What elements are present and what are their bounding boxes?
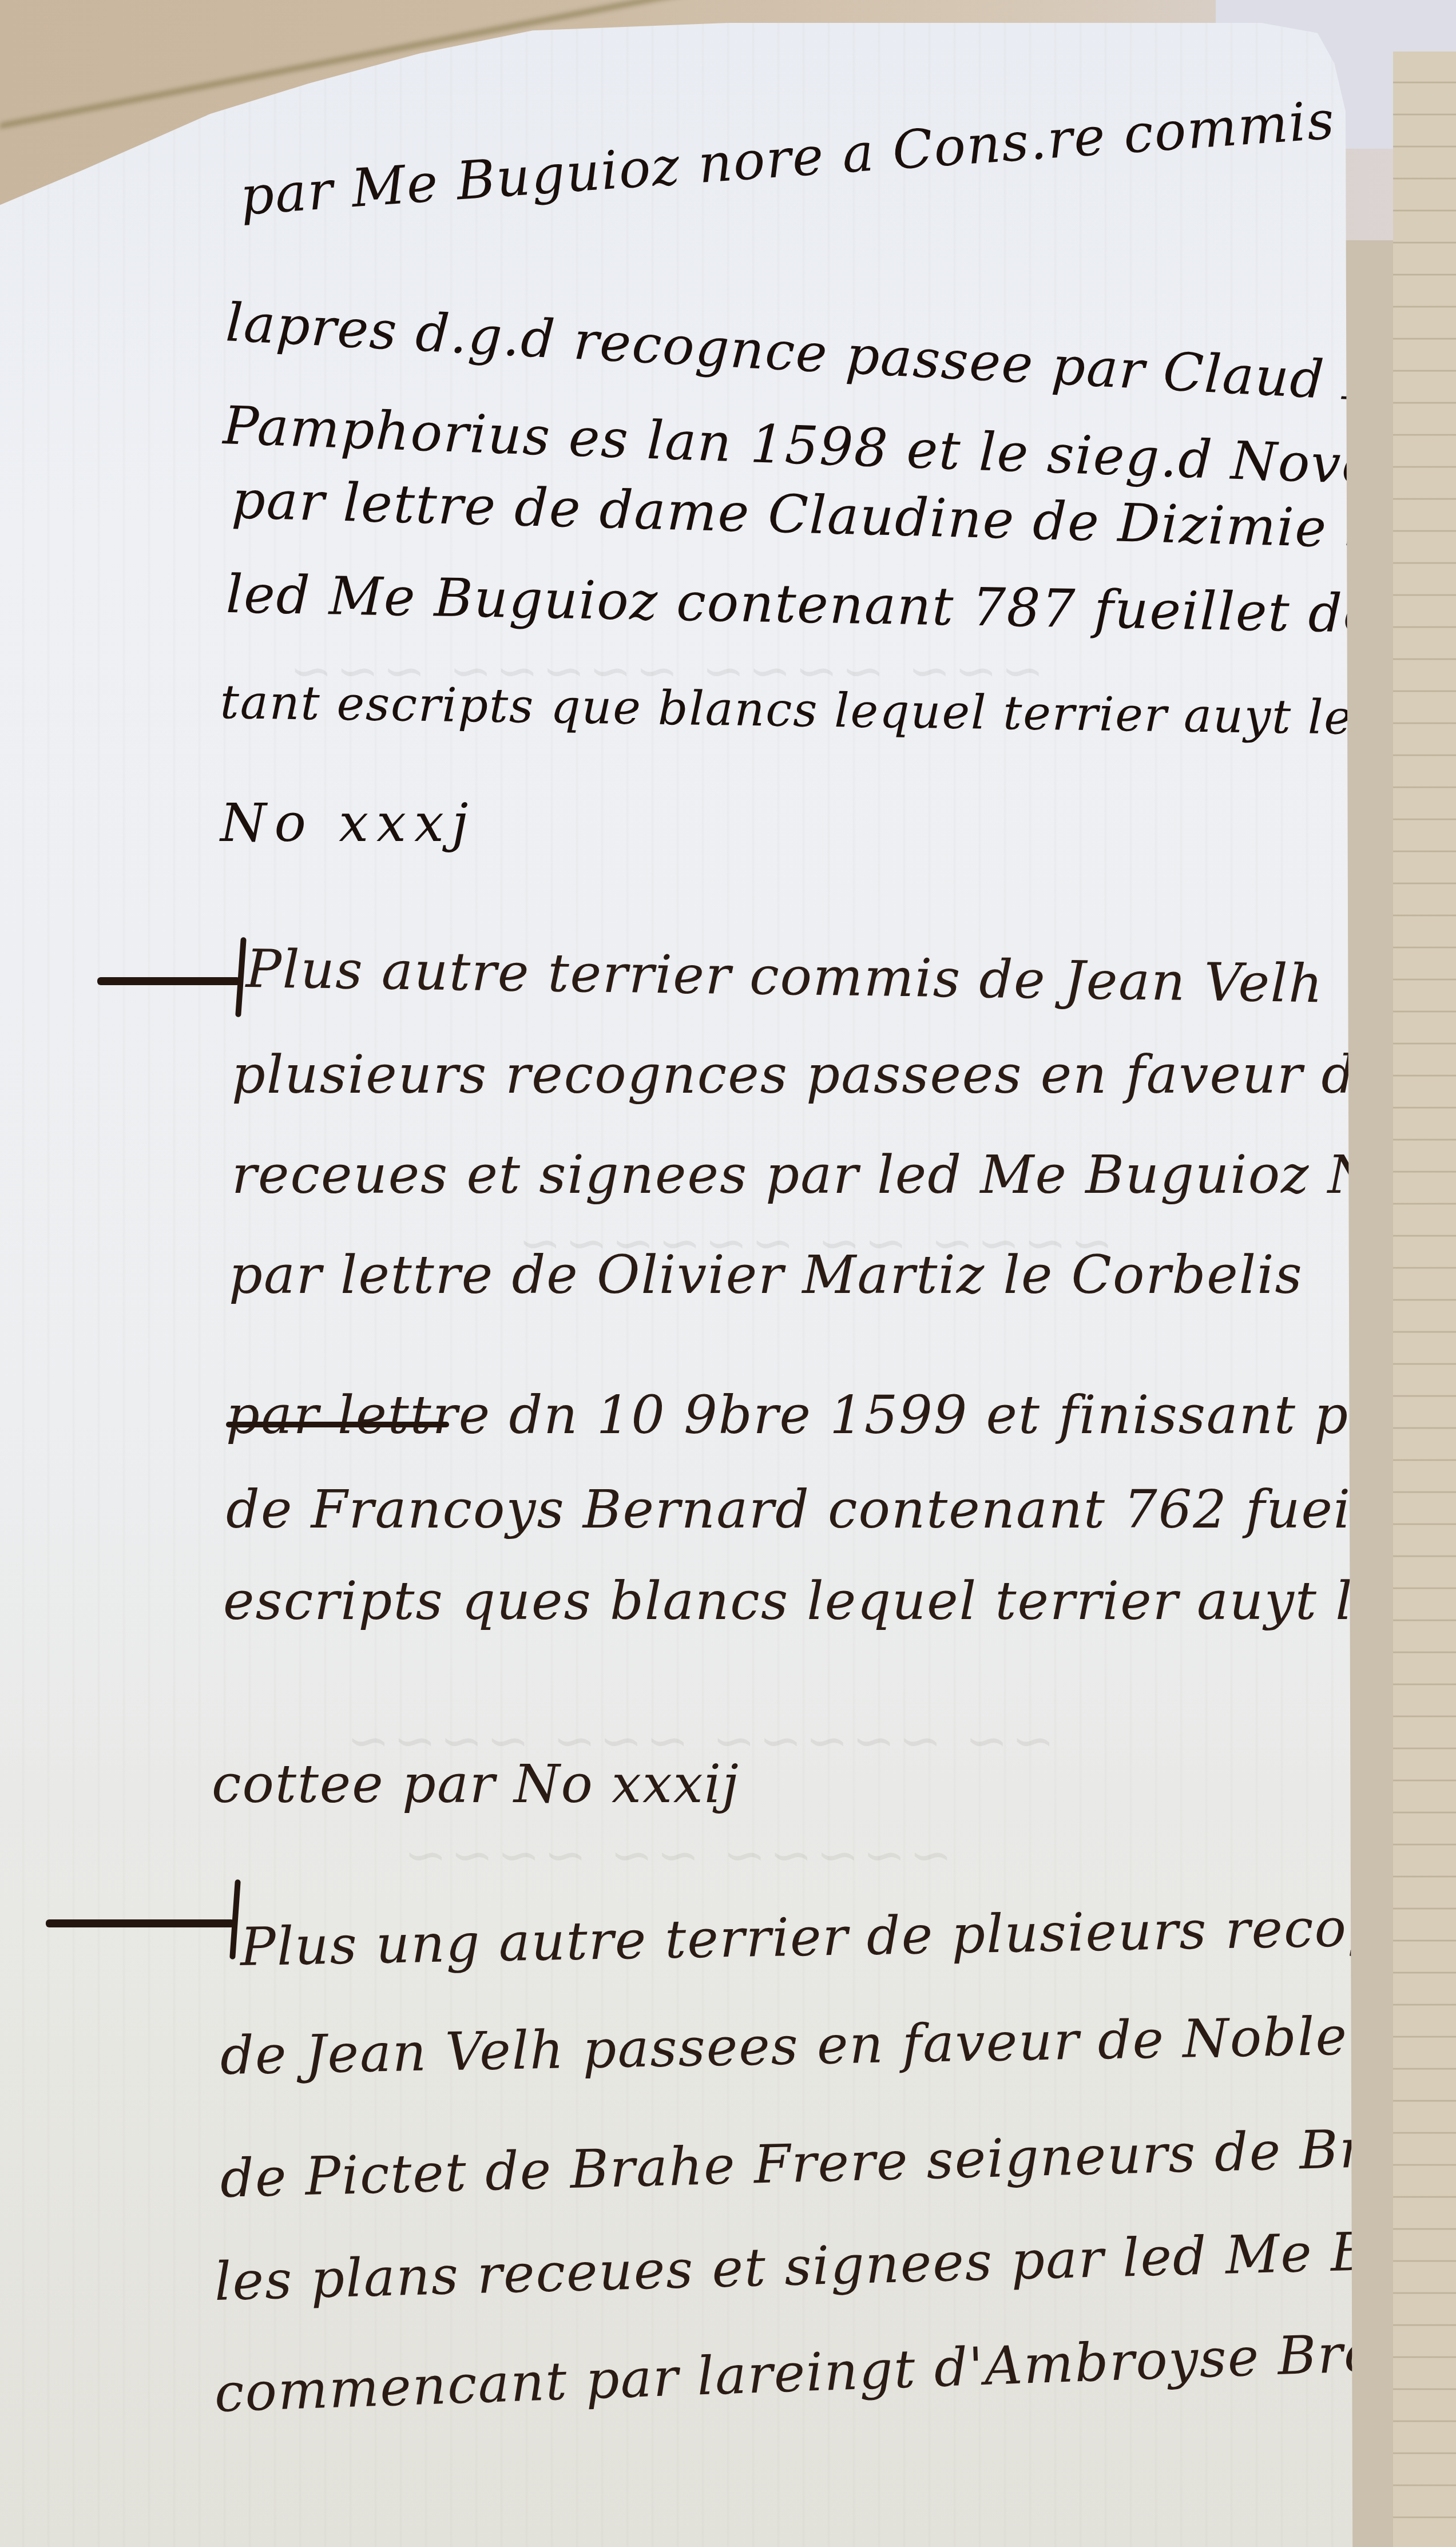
manuscript-line: plusieurs recognces passees en faveur du… — [232, 1044, 1456, 1105]
entry-number-31: No xxxj — [220, 792, 476, 854]
strikethrough-mark — [226, 1422, 449, 1427]
manuscript-line: cottee par No xxxij — [212, 1753, 740, 1815]
manuscript-line: Plus ung autre terrier de plusieurs reco… — [240, 1894, 1456, 1978]
manuscript-line: par Me Buguioz nore a Cons.re commis d p… — [238, 74, 1456, 227]
manuscript-line: Plus autre terrier commis de Jean Velh — [245, 938, 1324, 1014]
manuscript-line: de Jean Velh passees en faveur de Noble … — [220, 2001, 1456, 2086]
manuscript-line: receues et signees par led Me Buguioz No… — [232, 1144, 1456, 1205]
manuscript-line: escripts ques blancs lequel terrier auyt… — [223, 1570, 1456, 1632]
manuscript-line: led Me Buguioz contenant 787 fueillet de… — [225, 564, 1456, 646]
bleed-through-text: ~~~~~ ~~ ~~~~ — [400, 1825, 953, 1885]
manuscript-line: par lettre dn 10 9bre 1599 et finissant … — [226, 1384, 1456, 1446]
manuscript-line: commencant par lareingt d'Ambroyse Broti… — [213, 2318, 1456, 2424]
manuscript-line: par lettre de Olivier Martiz le Corbelis — [229, 1244, 1303, 1306]
manuscript-page: ~~~ ~~~~ ~~~~~ ~~~ ~~~~ ~~ ~~~~~~ ~~ ~~~… — [0, 23, 1402, 2547]
manuscript-line: les plans receues et signees par led Me … — [214, 2218, 1456, 2312]
paragraph-mark — [97, 977, 240, 985]
manuscript-line: de Pictet de Brahe Frere seigneurs de Br… — [220, 2112, 1456, 2209]
paragraph-mark — [46, 1919, 235, 1927]
page-stack-edges — [1393, 51, 1456, 2547]
manuscript-line: tant escripts que blancs lequel terrier … — [220, 675, 1456, 748]
manuscript-line: de Francoys Bernard contenant 762 fueill… — [226, 1479, 1456, 1540]
